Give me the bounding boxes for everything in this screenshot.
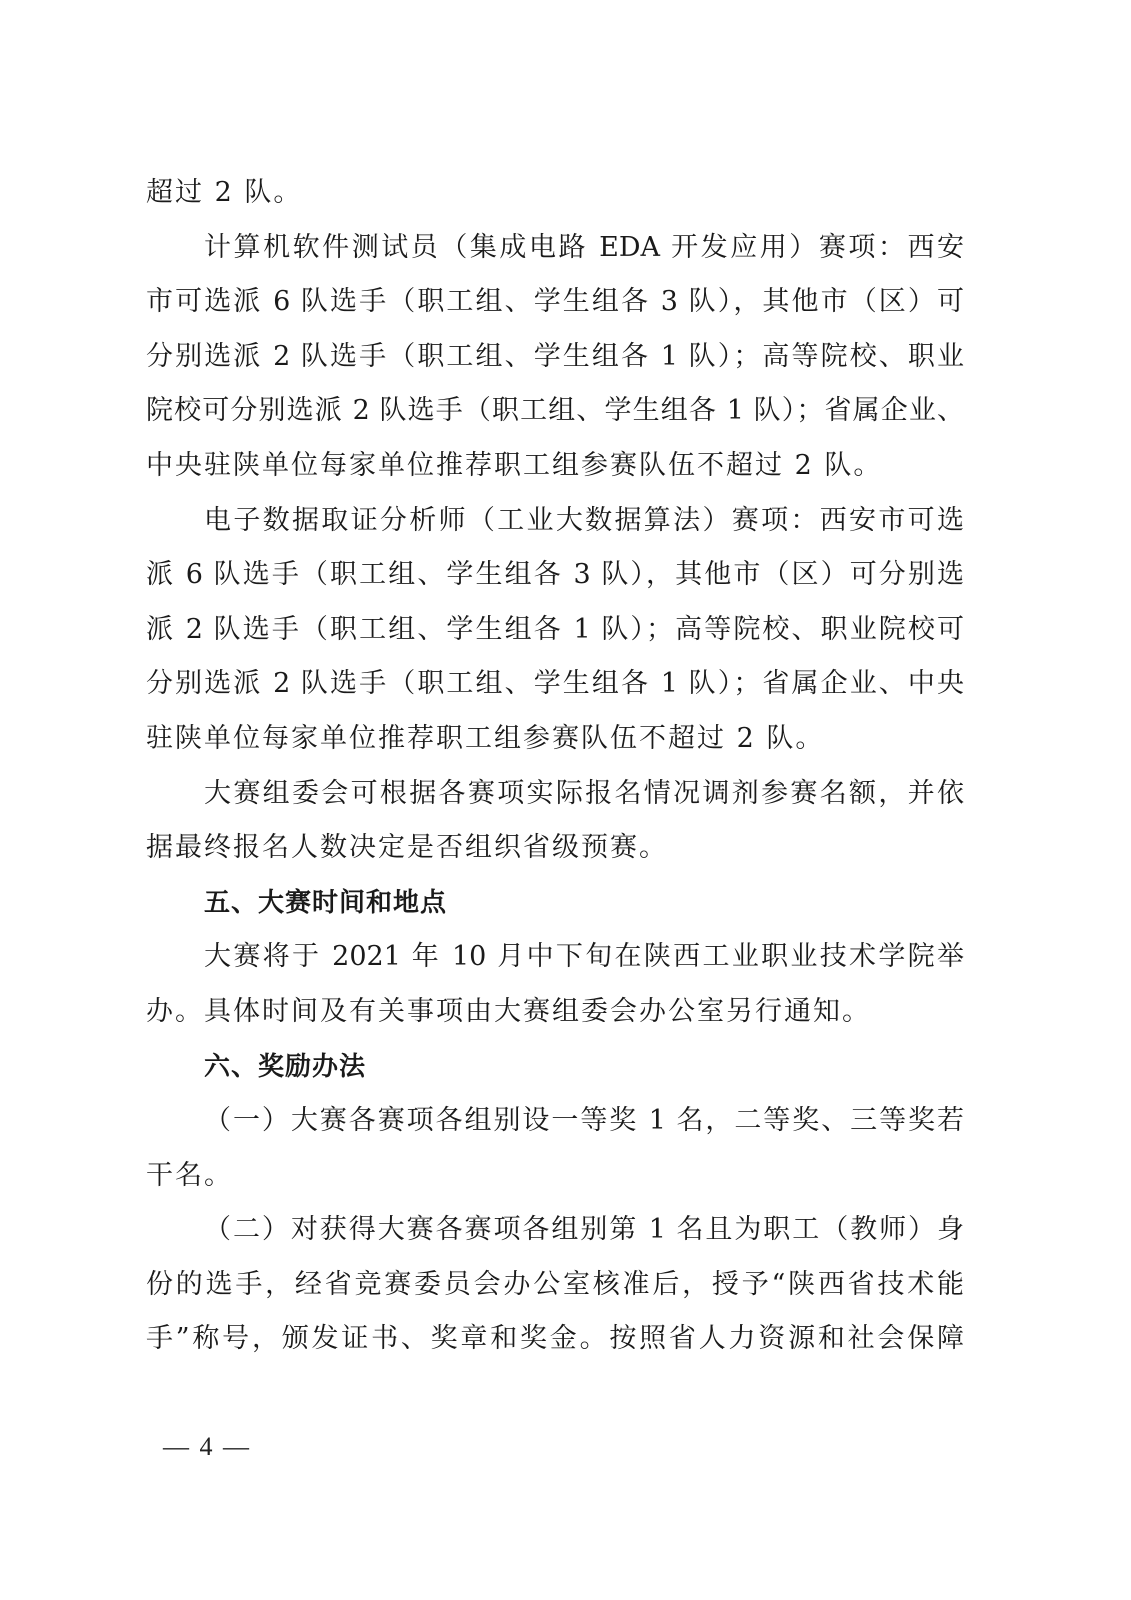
text-line: 办。具体时间及有关事项由大赛组委会办公室另行通知。 <box>146 985 964 1040</box>
text-line: 驻陕单位每家单位推荐职工组参赛队伍不超过 2 队。 <box>146 712 964 767</box>
text-line: 份的选手，经省竞赛委员会办公室核准后，授予“陕西省技术能 <box>146 1258 964 1313</box>
text-line: 分别选派 2 队选手（职工组、学生组各 1 队）；高等院校、职业 <box>146 330 964 385</box>
text-line: （一）大赛各赛项各组别设一等奖 1 名，二等奖、三等奖若 <box>146 1094 964 1149</box>
award-item-1: （一）大赛各赛项各组别设一等奖 1 名，二等奖、三等奖若 干名。 <box>146 1094 964 1203</box>
text-line: 中央驻陕单位每家单位推荐职工组参赛队伍不超过 2 队。 <box>146 439 964 494</box>
paragraph-quota-adjustment: 大赛组委会可根据各赛项实际报名情况调剂参赛名额，并依 据最终报名人数决定是否组织… <box>146 767 964 876</box>
text-line: 计算机软件测试员（集成电路 EDA 开发应用）赛项：西安 <box>146 221 964 276</box>
text-line: 手”称号，颁发证书、奖章和奖金。按照省人力资源和社会保障 <box>146 1312 964 1367</box>
section-heading: 五、大赛时间和地点 <box>146 876 964 931</box>
text-line: 派 2 队选手（职工组、学生组各 1 队）；高等院校、职业院校可 <box>146 603 964 658</box>
text-line: 院校可分别选派 2 队选手（职工组、学生组各 1 队）；省属企业、 <box>146 384 964 439</box>
text-line: 大赛将于 2021 年 10 月中下旬在陕西工业职业技术学院举 <box>146 930 964 985</box>
text-line: 超过 2 队。 <box>146 166 964 221</box>
document-page: 超过 2 队。 计算机软件测试员（集成电路 EDA 开发应用）赛项：西安 市可选… <box>146 166 964 1367</box>
paragraph-eda: 计算机软件测试员（集成电路 EDA 开发应用）赛项：西安 市可选派 6 队选手（… <box>146 221 964 494</box>
text-line: 分别选派 2 队选手（职工组、学生组各 1 队）；省属企业、中央 <box>146 657 964 712</box>
page-number: — 4 — <box>163 1432 251 1462</box>
text-line: （二）对获得大赛各赛项各组别第 1 名且为职工（教师）身 <box>146 1203 964 1258</box>
section-awards: 六、奖励办法 （一）大赛各赛项各组别设一等奖 1 名，二等奖、三等奖若 干名。 … <box>146 1040 964 1368</box>
text-line: 电子数据取证分析师（工业大数据算法）赛项：西安市可选 <box>146 494 964 549</box>
text-line: 派 6 队选手（职工组、学生组各 3 队），其他市（区）可分别选 <box>146 548 964 603</box>
section-time-location: 五、大赛时间和地点 大赛将于 2021 年 10 月中下旬在陕西工业职业技术学院… <box>146 876 964 1040</box>
text-line: 大赛组委会可根据各赛项实际报名情况调剂参赛名额，并依 <box>146 767 964 822</box>
award-item-2: （二）对获得大赛各赛项各组别第 1 名且为职工（教师）身 份的选手，经省竞赛委员… <box>146 1203 964 1367</box>
text-line: 据最终报名人数决定是否组织省级预赛。 <box>146 821 964 876</box>
text-line: 干名。 <box>146 1149 964 1204</box>
paragraph-forensics: 电子数据取证分析师（工业大数据算法）赛项：西安市可选 派 6 队选手（职工组、学… <box>146 494 964 767</box>
section-heading: 六、奖励办法 <box>146 1040 964 1095</box>
text-line: 市可选派 6 队选手（职工组、学生组各 3 队），其他市（区）可 <box>146 275 964 330</box>
